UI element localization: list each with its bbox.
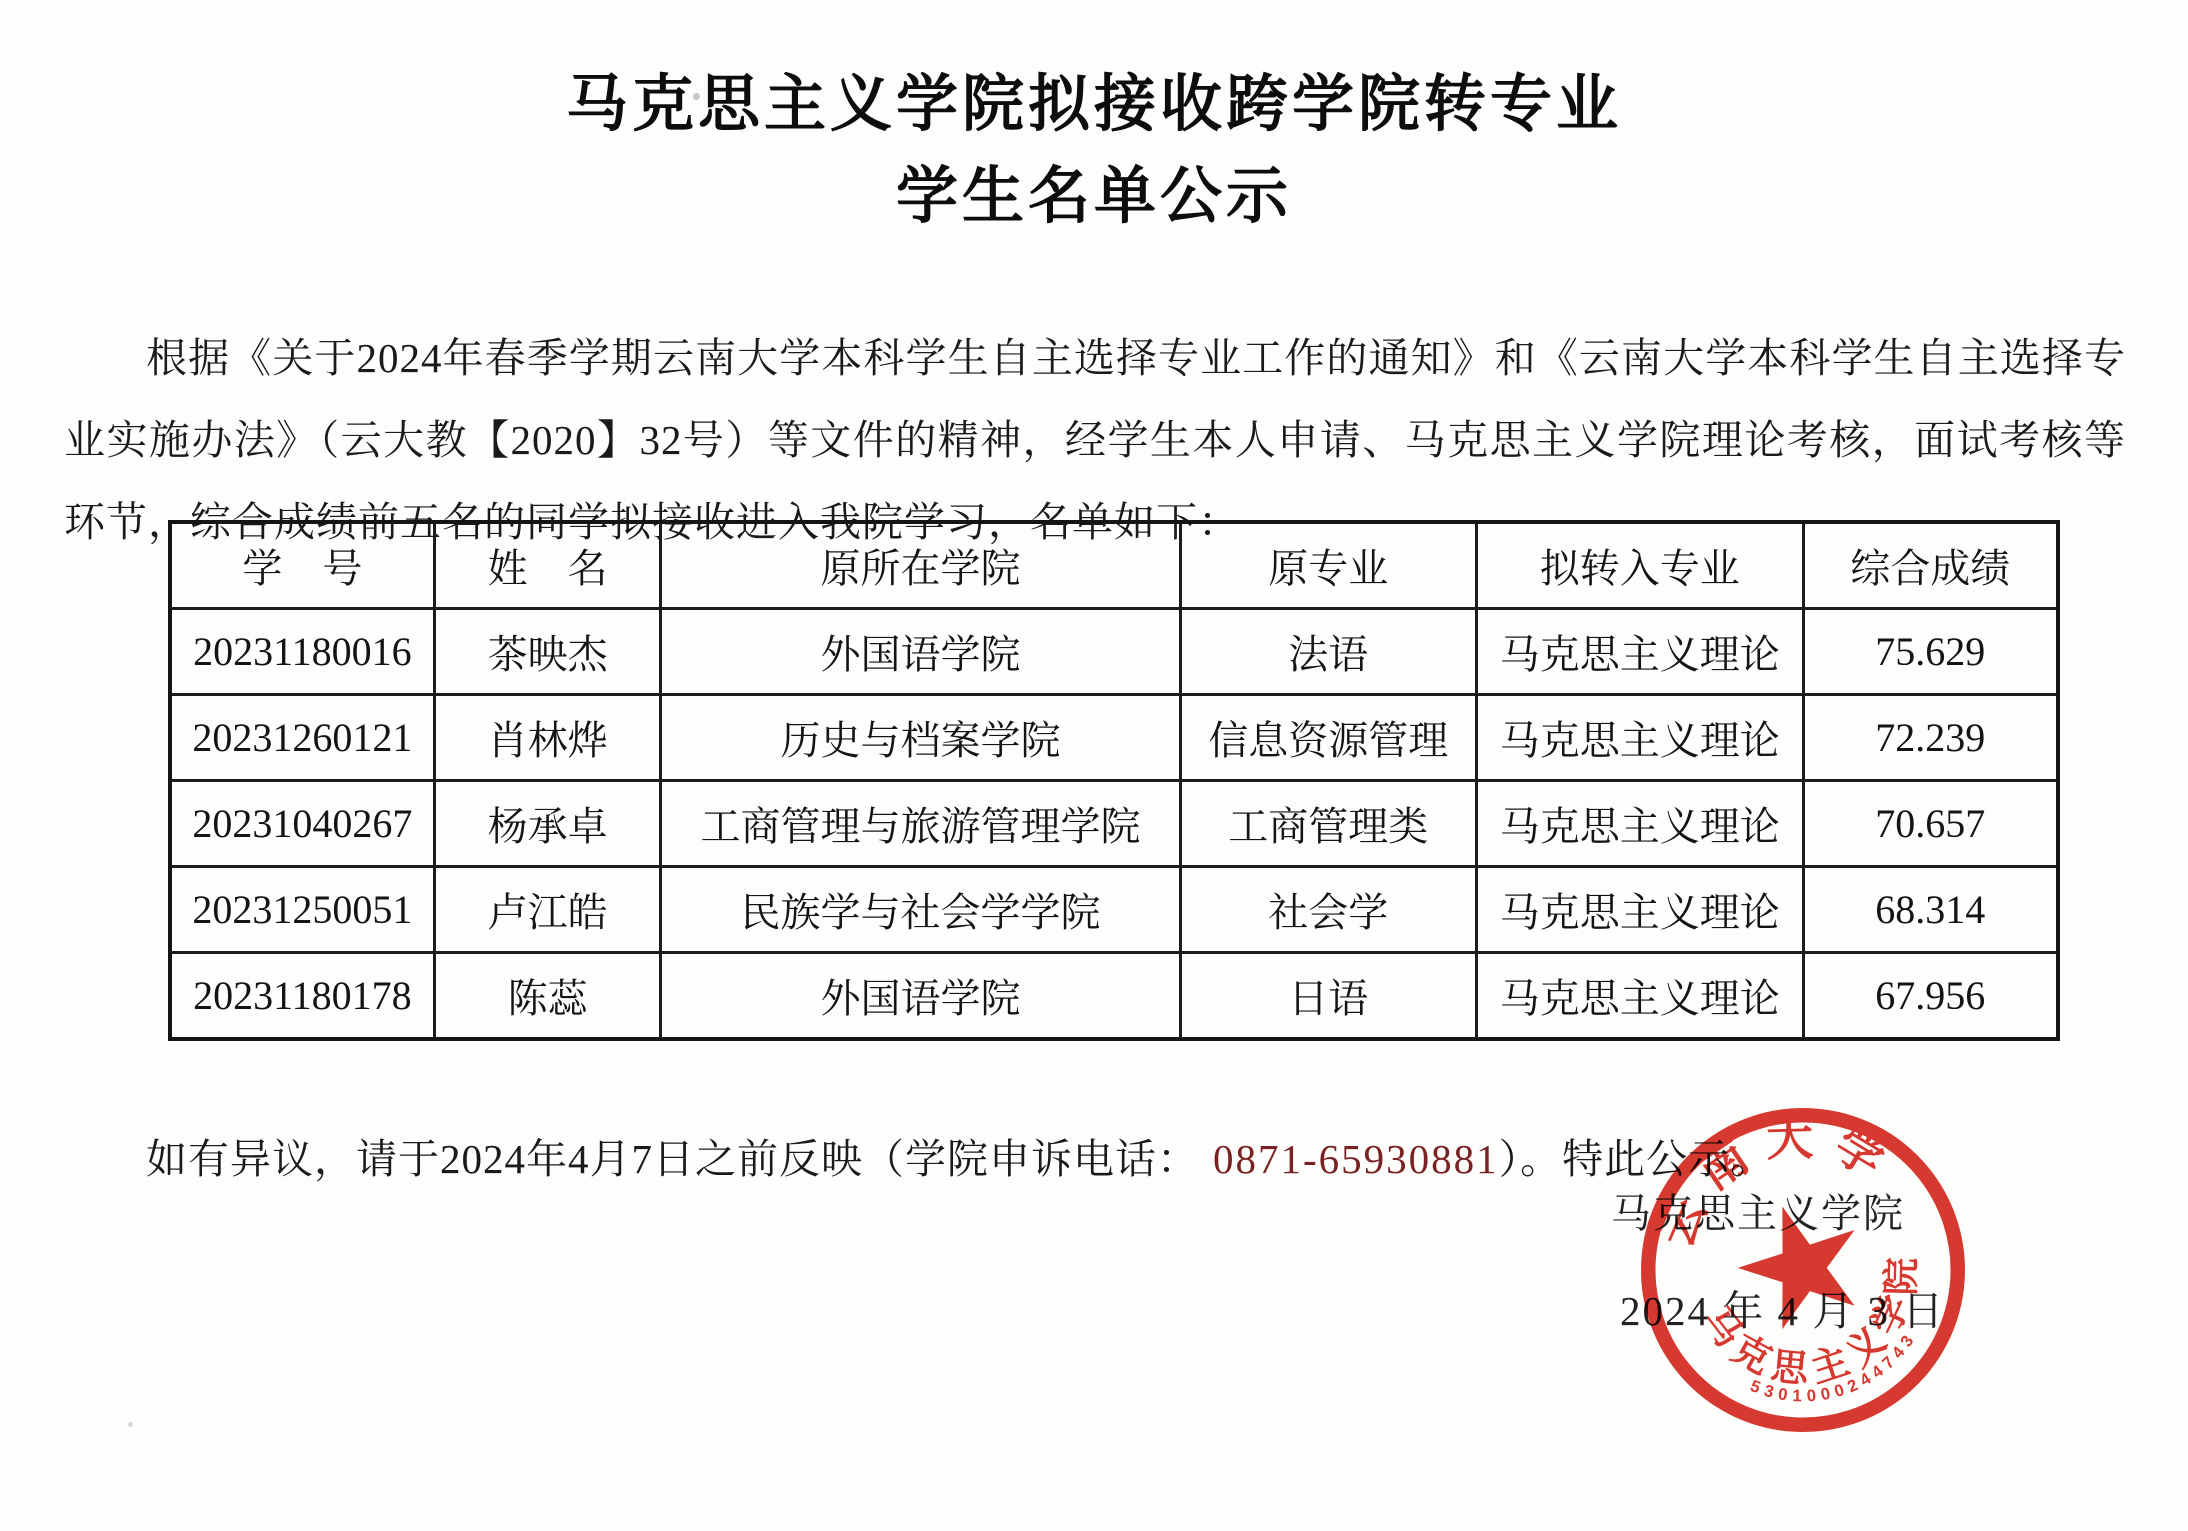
- header-orig-college: 原所在学院: [661, 522, 1180, 609]
- cell-orig-college: 历史与档案学院: [661, 695, 1180, 781]
- header-name: 姓 名: [434, 522, 661, 609]
- notice-prefix: 如有异议，请于2024年4月7日之前反映（学院申诉电话：: [146, 1136, 1199, 1182]
- cell-name: 茶映杰: [434, 609, 661, 695]
- cell-student-id: 20231250051: [170, 867, 434, 953]
- cell-orig-college: 工商管理与旅游管理学院: [661, 781, 1180, 867]
- cell-orig-major: 社会学: [1180, 867, 1476, 953]
- cell-orig-college: 外国语学院: [661, 609, 1180, 695]
- header-target-major: 拟转入专业: [1476, 522, 1803, 609]
- header-score: 综合成绩: [1803, 522, 2058, 609]
- scan-speck: [128, 1422, 133, 1427]
- table-header-row: 学 号 姓 名 原所在学院 原专业 拟转入专业 综合成绩: [170, 522, 2058, 609]
- appeal-phone-number: 0871-65930881: [1199, 1136, 1499, 1182]
- cell-orig-college: 民族学与社会学学院: [661, 867, 1180, 953]
- cell-student-id: 20231180178: [170, 953, 434, 1040]
- cell-orig-major: 日语: [1180, 953, 1476, 1040]
- table-row: 20231040267 杨承卓 工商管理与旅游管理学院 工商管理类 马克思主义理…: [170, 781, 2058, 867]
- svg-text:云南大学: 云南大学: [1636, 1096, 1916, 1266]
- cell-student-id: 20231260121: [170, 695, 434, 781]
- seal-top-text: 云南大学: [1636, 1096, 1916, 1266]
- cell-score: 70.657: [1803, 781, 2058, 867]
- scan-speck: [693, 93, 700, 100]
- cell-score: 75.629: [1803, 609, 2058, 695]
- student-roster-table: 学 号 姓 名 原所在学院 原专业 拟转入专业 综合成绩 20231180016…: [168, 520, 2060, 1041]
- cell-student-id: 20231040267: [170, 781, 434, 867]
- table-row: 20231250051 卢江皓 民族学与社会学学院 社会学 马克思主义理论 68…: [170, 867, 2058, 953]
- cell-score: 72.239: [1803, 695, 2058, 781]
- cell-target-major: 马克思主义理论: [1476, 867, 1803, 953]
- seal-star-icon: [1724, 1187, 1877, 1336]
- cell-name: 陈蕊: [434, 953, 661, 1040]
- cell-target-major: 马克思主义理论: [1476, 781, 1803, 867]
- cell-orig-major: 法语: [1180, 609, 1476, 695]
- cell-score: 67.956: [1803, 953, 2058, 1040]
- cell-orig-major: 工商管理类: [1180, 781, 1476, 867]
- cell-name: 卢江皓: [434, 867, 661, 953]
- cell-target-major: 马克思主义理论: [1476, 953, 1803, 1040]
- document-page: 马克思主义学院拟接收跨学院转专业 学生名单公示 根据《关于2024年春季学期云南…: [0, 0, 2188, 1531]
- official-seal: 云南大学 马克思主义学院 5301000244743: [1636, 1096, 1970, 1444]
- cell-orig-college: 外国语学院: [661, 953, 1180, 1040]
- cell-score: 68.314: [1803, 867, 2058, 953]
- header-student-id: 学 号: [170, 522, 434, 609]
- table-row: 20231180016 茶映杰 外国语学院 法语 马克思主义理论 75.629: [170, 609, 2058, 695]
- header-orig-major: 原专业: [1180, 522, 1476, 609]
- cell-student-id: 20231180016: [170, 609, 434, 695]
- page-title-line2: 学生名单公示: [0, 146, 2188, 235]
- table-row: 20231260121 肖林烨 历史与档案学院 信息资源管理 马克思主义理论 7…: [170, 695, 2058, 781]
- cell-name: 杨承卓: [434, 781, 661, 867]
- cell-target-major: 马克思主义理论: [1476, 695, 1803, 781]
- cell-orig-major: 信息资源管理: [1180, 695, 1476, 781]
- cell-target-major: 马克思主义理论: [1476, 609, 1803, 695]
- cell-name: 肖林烨: [434, 695, 661, 781]
- table-row: 20231180178 陈蕊 外国语学院 日语 马克思主义理论 67.956: [170, 953, 2058, 1040]
- page-title-line1: 马克思主义学院拟接收跨学院转专业: [0, 54, 2188, 143]
